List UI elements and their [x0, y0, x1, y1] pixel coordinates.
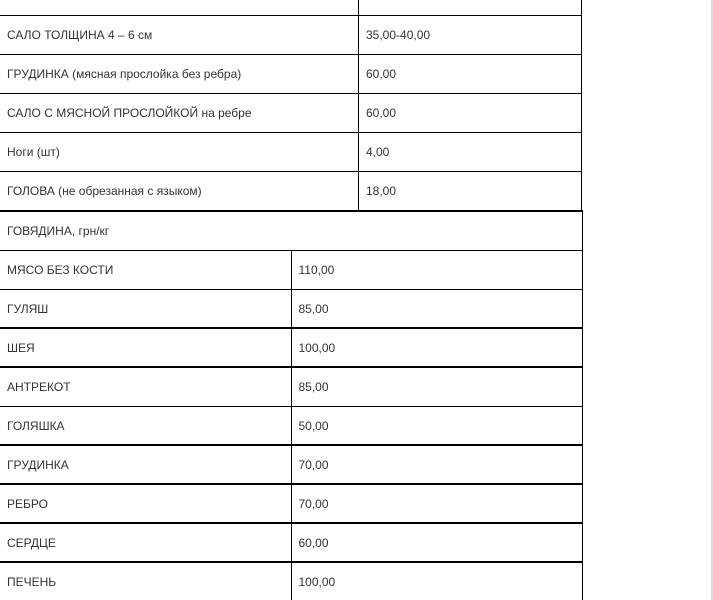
table-row: ГОЛОВА (не обрезанная с языком) 18,00: [0, 172, 582, 211]
table-row: САЛО ТОЛЩИНА 4 – 6 см 35,00-40,00: [0, 16, 582, 55]
product-price: 18,00: [359, 172, 582, 211]
table-row: ГРУДИНКА 70,00: [0, 445, 583, 484]
table-row: МЯСО БЕЗ КОСТИ 110,00: [0, 251, 583, 290]
product-name: [0, 0, 359, 16]
product-name: АНТРЕКОТ: [0, 367, 291, 407]
product-price: 60,00: [291, 523, 583, 562]
product-name: САЛО С МЯСНОЙ ПРОСЛОЙКОЙ на ребре: [0, 94, 359, 133]
product-name: Ноги (шт): [0, 133, 359, 172]
product-name: ПЕЧЕНЬ: [0, 562, 291, 600]
product-name: РЕБРО: [0, 484, 291, 523]
product-name: ГОЛЯШКА: [0, 407, 291, 446]
table-row: САЛО С МЯСНОЙ ПРОСЛОЙКОЙ на ребре 60,00: [0, 94, 582, 133]
product-price: 85,00: [291, 290, 583, 329]
product-price: [359, 0, 582, 16]
product-name: ГРУДИНКА: [0, 445, 291, 484]
table-row: ГРУДИНКА (мясная прослойка без ребра) 60…: [0, 55, 582, 94]
product-name: САЛО ТОЛЩИНА 4 – 6 см: [0, 16, 359, 55]
pork-price-table: САЛО ТОЛЩИНА 4 – 6 см 35,00-40,00 ГРУДИН…: [0, 0, 582, 211]
product-name: ГРУДИНКА (мясная прослойка без ребра): [0, 55, 359, 94]
table-row: ГОЛЯШКА 50,00: [0, 407, 583, 446]
product-price: 60,00: [359, 55, 582, 94]
category-header: ГОВЯДИНА, грн/кг: [0, 211, 583, 251]
table-row: ПЕЧЕНЬ 100,00: [0, 562, 583, 600]
product-name: СЕРДЦЕ: [0, 523, 291, 562]
table-row: АНТРЕКОТ 85,00: [0, 367, 583, 407]
product-price: 85,00: [291, 367, 583, 407]
product-price: 60,00: [359, 94, 582, 133]
product-name: ГОЛОВА (не обрезанная с языком): [0, 172, 359, 211]
product-price: 100,00: [291, 328, 583, 367]
product-price: 110,00: [291, 251, 583, 290]
category-header-row: ГОВЯДИНА, грн/кг: [0, 211, 583, 251]
table-row: ГУЛЯШ 85,00: [0, 290, 583, 329]
product-price: 50,00: [291, 407, 583, 446]
product-name: ШЕЯ: [0, 328, 291, 367]
product-price: 70,00: [291, 484, 583, 523]
product-price: 70,00: [291, 445, 583, 484]
table-row: СЕРДЦЕ 60,00: [0, 523, 583, 562]
product-price: 4,00: [359, 133, 582, 172]
table-row: ШЕЯ 100,00: [0, 328, 583, 367]
table-row: Ноги (шт) 4,00: [0, 133, 582, 172]
product-name: МЯСО БЕЗ КОСТИ: [0, 251, 291, 290]
beef-price-table: ГОВЯДИНА, грн/кг МЯСО БЕЗ КОСТИ 110,00 Г…: [0, 210, 583, 600]
product-price: 35,00-40,00: [359, 16, 582, 55]
table-row-partial: [0, 0, 582, 16]
product-name: ГУЛЯШ: [0, 290, 291, 329]
product-price: 100,00: [291, 562, 583, 600]
table-row: РЕБРО 70,00: [0, 484, 583, 523]
